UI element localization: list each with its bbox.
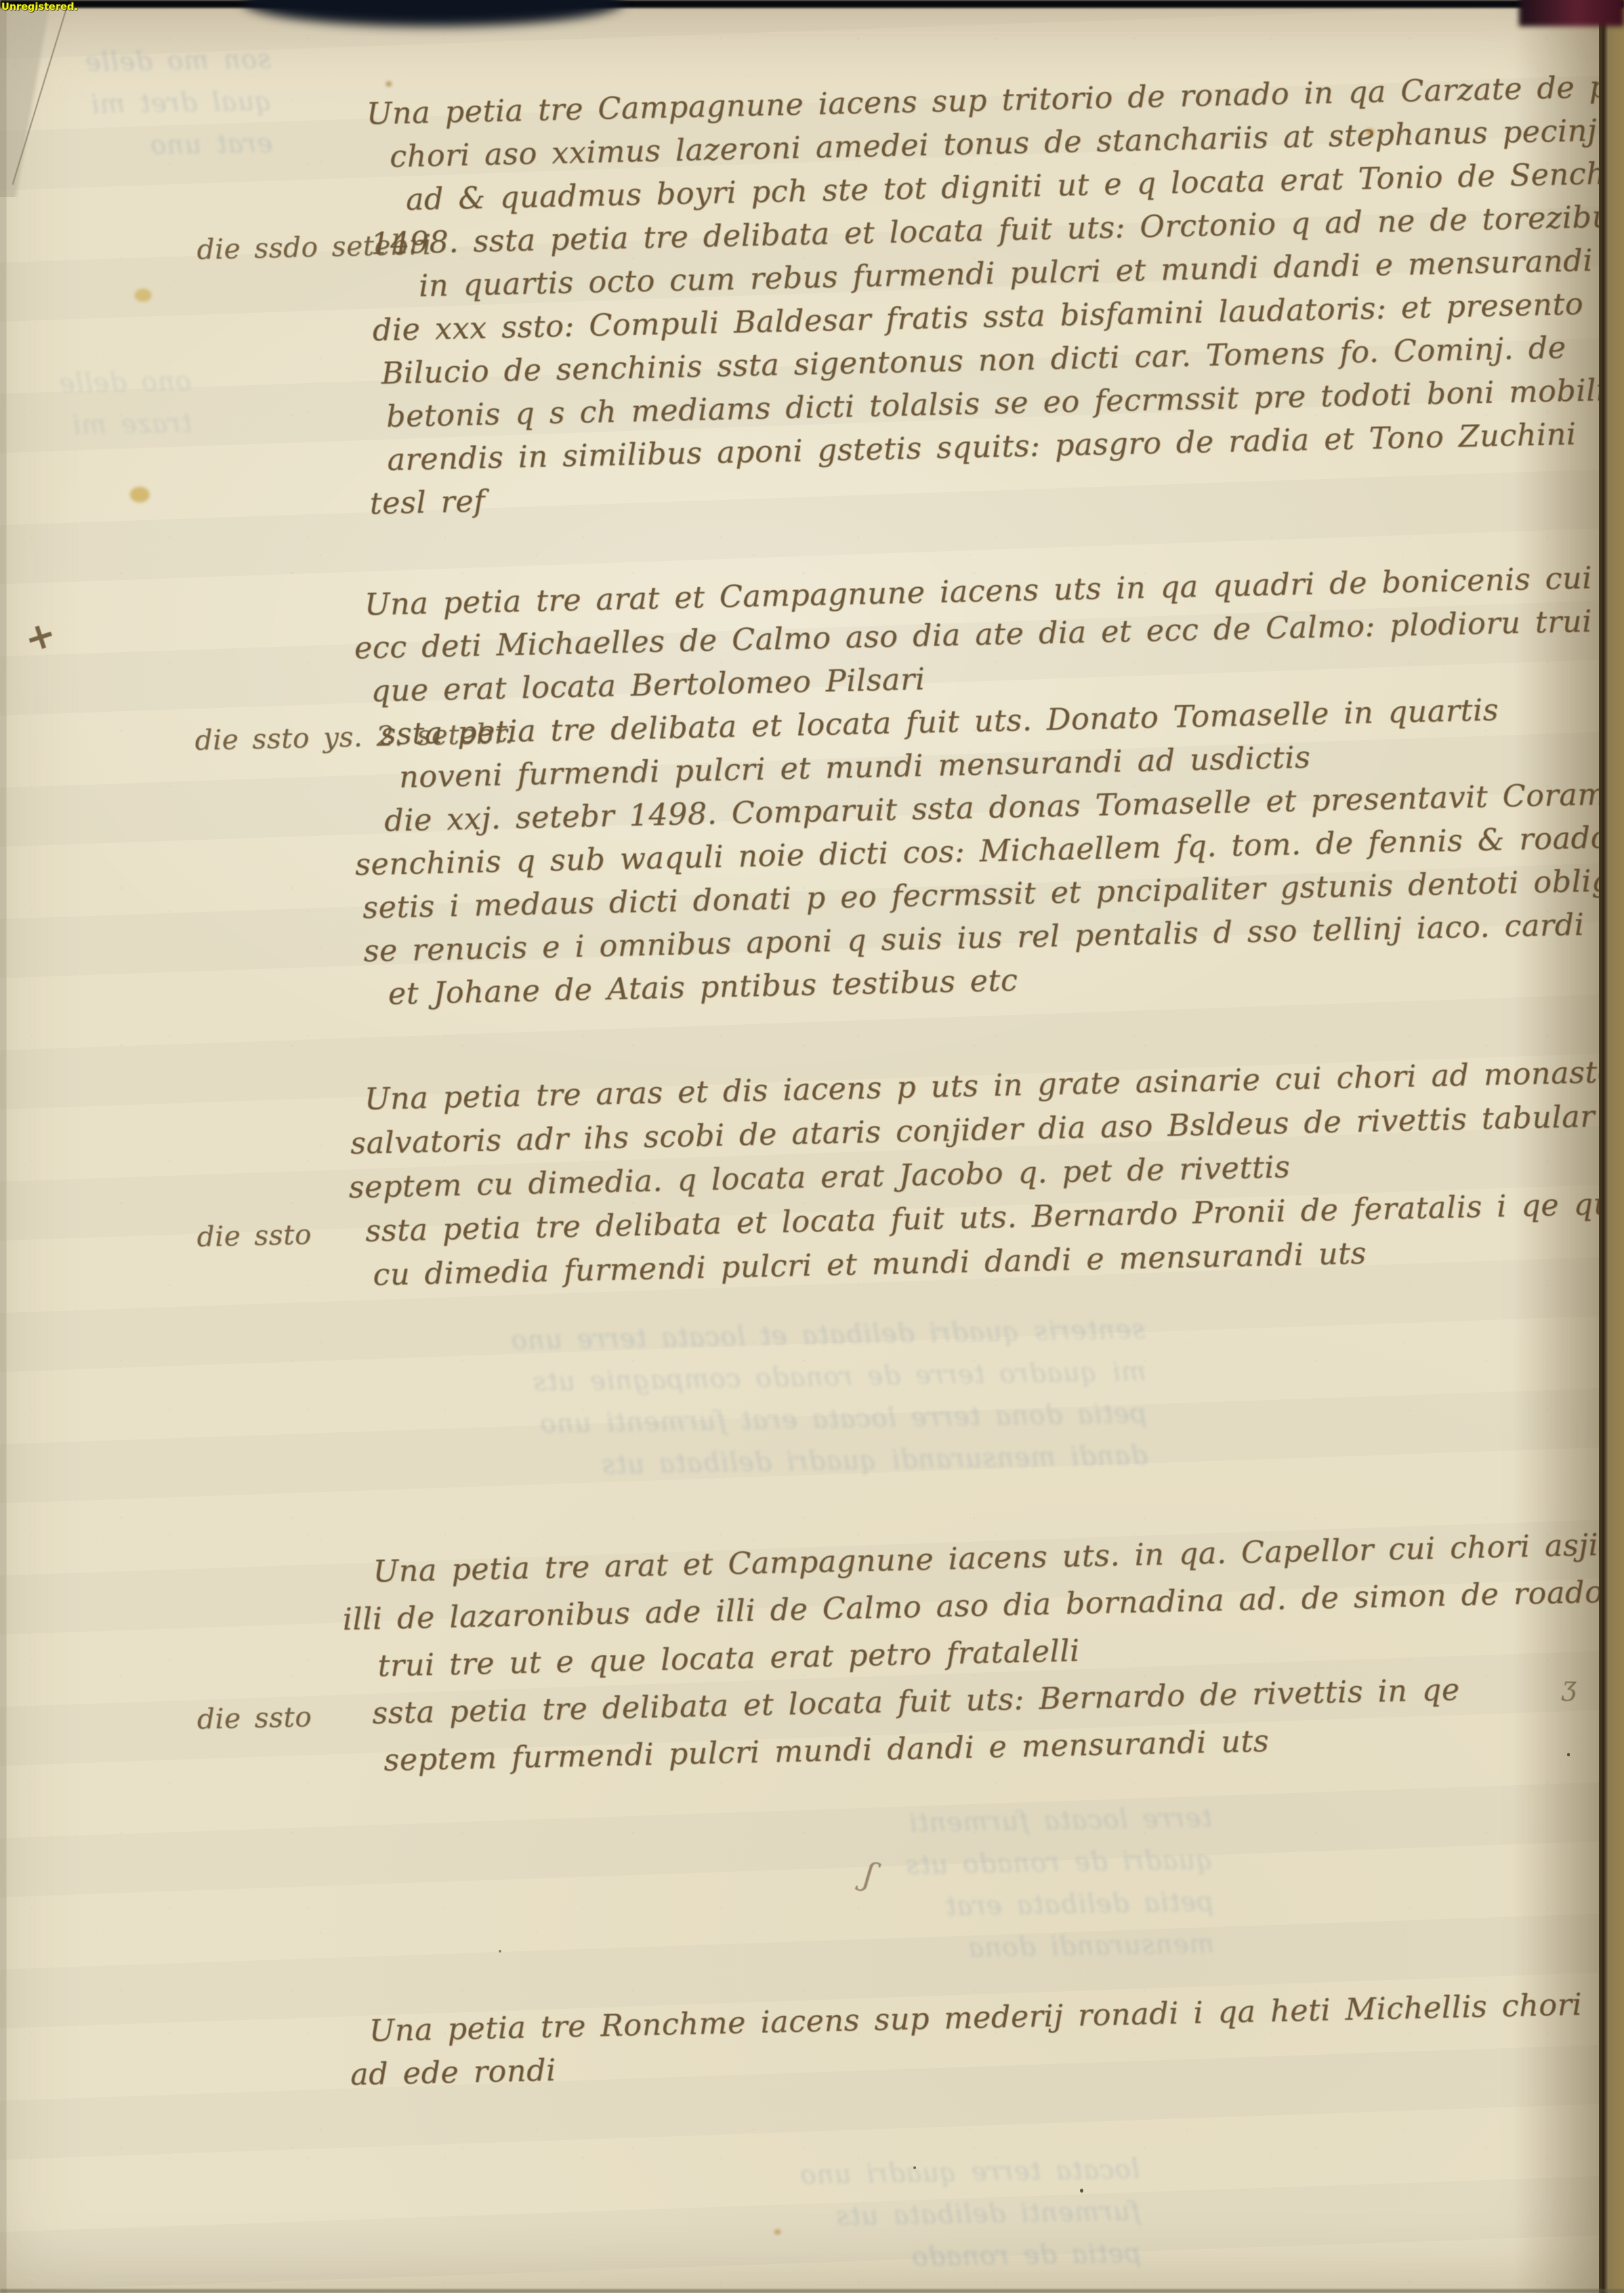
margin-note: die ssto ys. 2. setebr. bbox=[195, 719, 514, 755]
margin-note: die ssto bbox=[197, 1703, 312, 1734]
paper-stain bbox=[135, 289, 152, 302]
bleedthrough-text: senteris quadri delibata et locata terre… bbox=[510, 1315, 1148, 1494]
handwriting-line: tesl ref bbox=[369, 483, 486, 521]
top-left-page-corner bbox=[0, 0, 98, 197]
handwriting-line: ad ede rondi bbox=[350, 2052, 556, 2092]
left-edge-shade bbox=[0, 0, 7, 2293]
right-edge-shadow bbox=[1514, 0, 1599, 2293]
bleedthrough-text: terre locata furmenti quadri de ronado u… bbox=[904, 1803, 1215, 1976]
entry-2: Una petia tre arat et Campagnune iacens … bbox=[341, 558, 1624, 1022]
entry-4: Una petia tre arat et Campagnune iacens … bbox=[341, 1525, 1624, 1792]
paper-stain bbox=[1366, 129, 1374, 135]
paper-speck bbox=[499, 1950, 501, 1952]
paper-stain bbox=[774, 2229, 781, 2235]
bleedthrough-text: son mo delle qual dret mi erat uno bbox=[84, 45, 273, 174]
paper-speck bbox=[1080, 2189, 1083, 2193]
top-right-dark-corner bbox=[1519, 0, 1624, 26]
book-fore-edge-band bbox=[1599, 0, 1624, 2293]
manuscript-page: son mo delle qual dret mi erat uno ono d… bbox=[0, 0, 1624, 2293]
bleedthrough-text: ono delle traze mi bbox=[58, 366, 192, 453]
bleedthrough-text: locata terre quadri uno furmenti delibat… bbox=[799, 2154, 1141, 2286]
paper-stain bbox=[386, 81, 392, 87]
bottom-scan-edge bbox=[0, 2289, 1624, 2293]
paper-speck bbox=[1391, 807, 1394, 810]
scanner-watermark: Unregistered. bbox=[1, 1, 78, 12]
entry-1: Una petia tre Campagnune iacens sup trit… bbox=[341, 68, 1624, 531]
margin-note: die ssdo setebri bbox=[197, 230, 432, 264]
paper-speck bbox=[913, 2166, 916, 2169]
margin-note: die ssto bbox=[197, 1220, 312, 1252]
paper-stain bbox=[130, 487, 150, 503]
entry-3: Una petia tre aras et dis iacens p uts i… bbox=[335, 1054, 1624, 1304]
